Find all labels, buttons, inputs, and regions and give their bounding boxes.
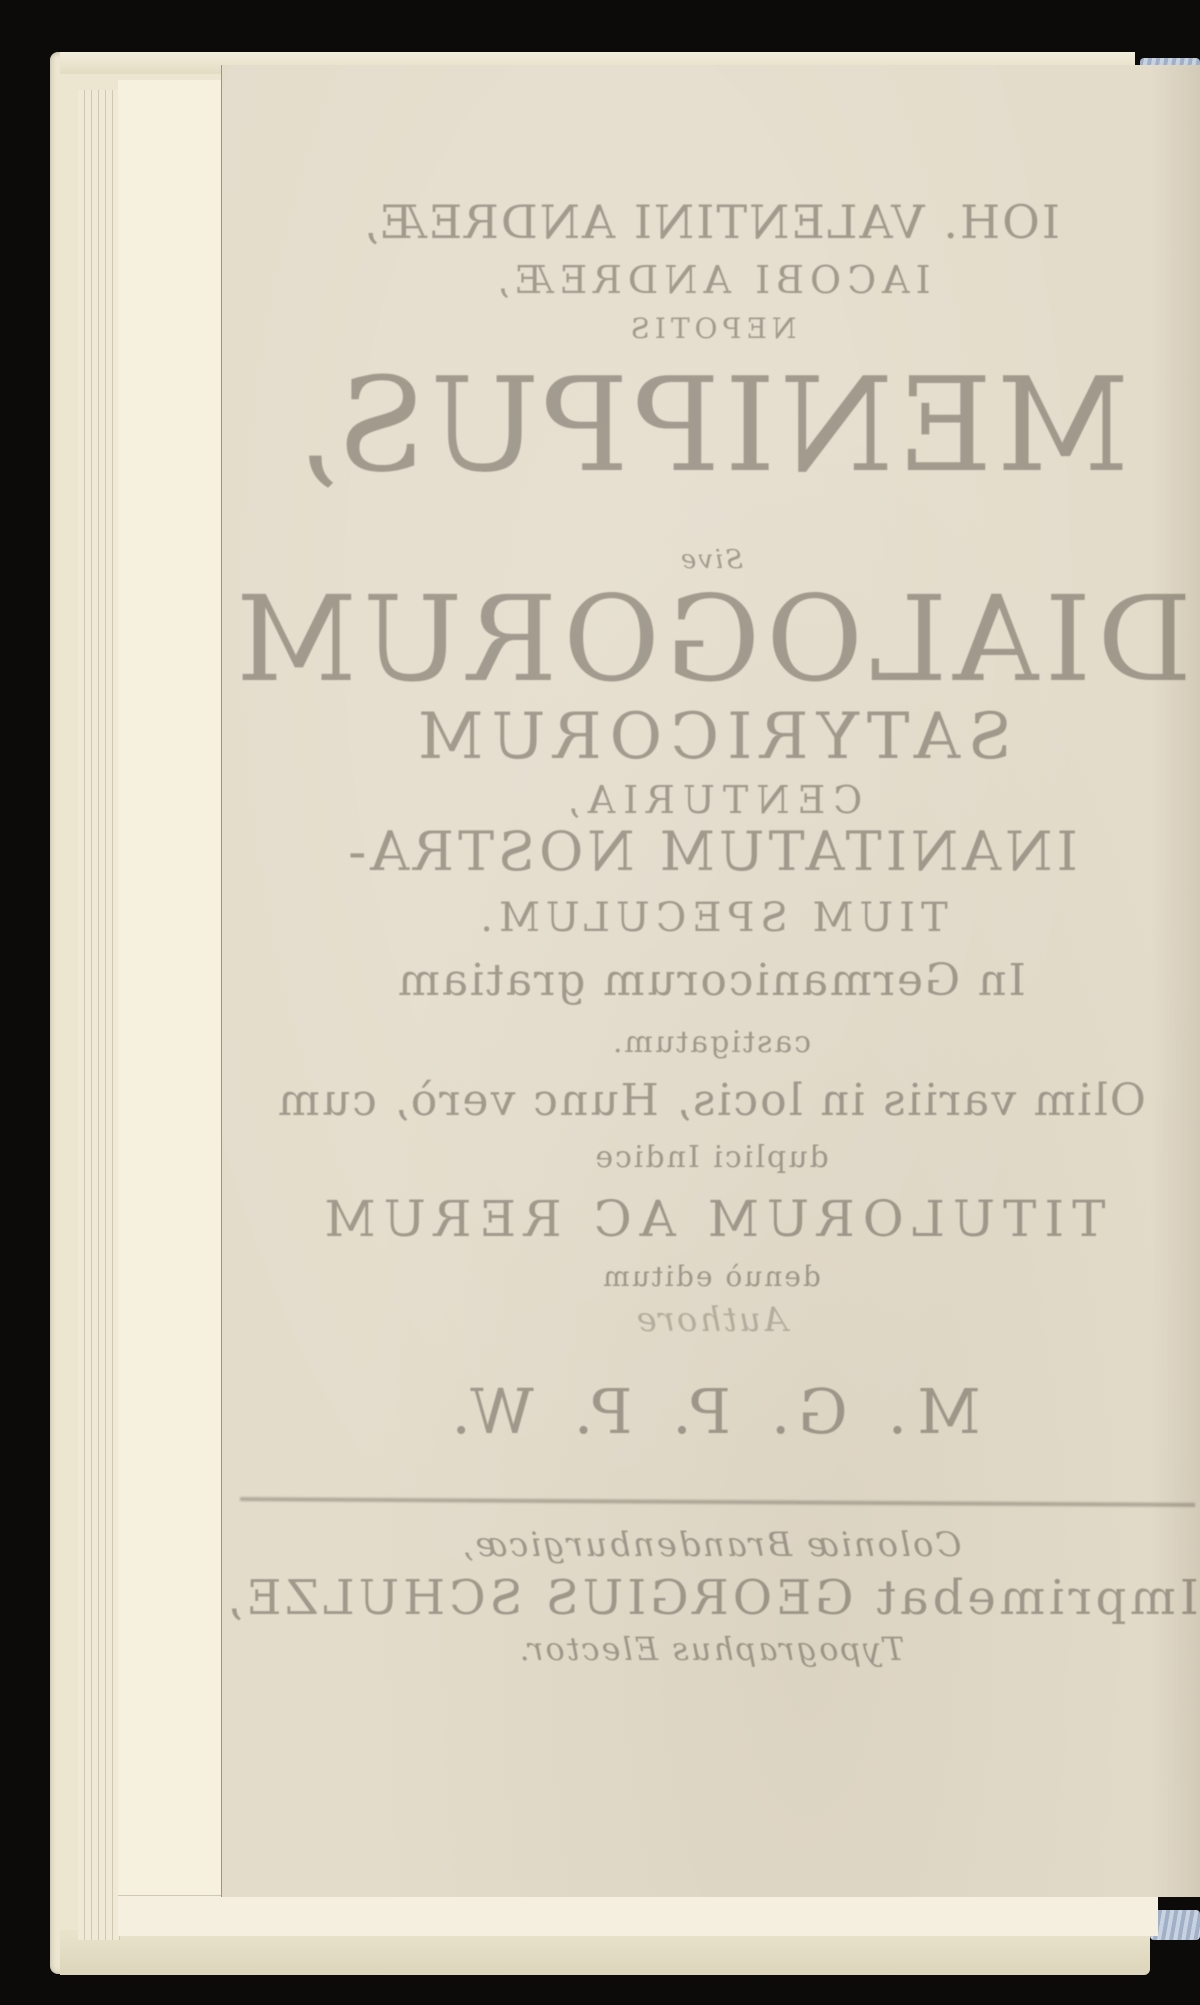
main-title: MENIPPUS,: [222, 360, 1200, 490]
flyleaf: [118, 80, 234, 1935]
handwritten-note: Authore: [222, 1300, 1200, 1340]
author-line: IOH. VALENTINI ANDREÆ,: [222, 195, 1200, 249]
page-stack-edges: [78, 90, 120, 1940]
editor-initials: M. G. P. P. W.: [222, 1375, 1200, 1448]
relation-line: NEPOTIS: [222, 312, 1200, 345]
flyleaf-bottom-edge: [118, 1895, 1158, 1936]
imprint-place: Coloniæ Brandenburgicæ,: [222, 1525, 1200, 1565]
note-editum: denuò editum: [222, 1260, 1200, 1293]
subtitle-speculum: TIUM SPECULUM.: [222, 895, 1200, 941]
subtitle-centuria: CENTURIA,: [222, 778, 1200, 822]
subtitle-dialogorum: DIALOGORUM: [222, 580, 1200, 698]
imprint-printer: Imprimebat GEORGIUS SCHULZE,: [222, 1570, 1200, 1626]
note-titulorum: TITULORUM AC RERUM: [222, 1190, 1200, 1248]
imprint-role: Typographus Elector.: [222, 1630, 1200, 1668]
subtitle-satyricorum: SATYRICORUM: [222, 705, 1200, 769]
subtitle-inanitatum: INANITATUM NOSTRA-: [222, 825, 1200, 879]
note-castigatum: castigatum.: [222, 1025, 1200, 1060]
grandfather-line: IACOBI ANDREÆ,: [222, 258, 1200, 302]
note-indice: duplici Indice: [222, 1140, 1200, 1175]
note-germanicorum: In Germanicorum gratiam: [222, 955, 1200, 1006]
cover-bottom-edge: [60, 1930, 1150, 1975]
note-olim: Olim variis in locis, Hunc verò, cum: [222, 1075, 1200, 1126]
